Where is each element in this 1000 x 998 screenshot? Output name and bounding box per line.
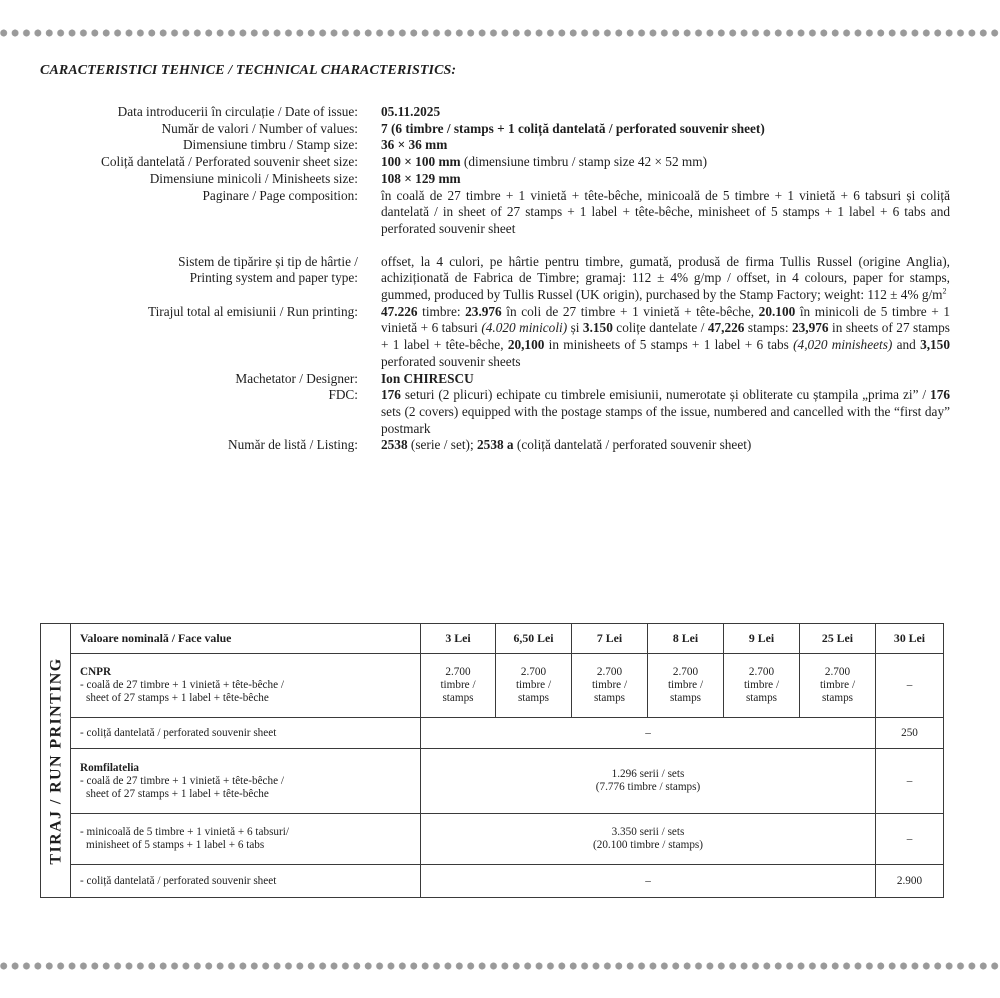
spec-minisheet-size: Dimensiune minicoli / Minisheets size: 1… (0, 171, 1000, 188)
merged-quantity-cell: – (421, 865, 876, 898)
spec-value: Ion CHIRESCU (381, 371, 950, 388)
row-description: - minicoală de 5 timbre + 1 vinietă + 6 … (71, 814, 421, 865)
table-row: - coliță dantelată / perforated souvenir… (41, 865, 944, 898)
quantity-cell: – (876, 749, 944, 814)
spec-label: Data introducerii în circulație / Date o… (0, 104, 358, 121)
quantity-cell: 2.700timbre /stamps (724, 654, 800, 718)
table-header-row: TIRAJ / RUN PRINTING Valoare nominală / … (41, 624, 944, 654)
merged-quantity-cell: 3.350 serii / sets (20.100 timbre / stam… (421, 814, 876, 865)
dotted-divider-top (0, 29, 1000, 37)
run-printing-table: TIRAJ / RUN PRINTING Valoare nominală / … (40, 623, 944, 898)
spec-listing: Număr de listă / Listing: 2538 (serie / … (0, 437, 1000, 454)
technical-specs: Data introducerii în circulație / Date o… (0, 104, 1000, 454)
spec-label: Dimensiune timbru / Stamp size: (0, 137, 358, 154)
spec-designer: Machetator / Designer: Ion CHIRESCU (0, 371, 1000, 388)
quantity-cell: 2.700timbre /stamps (496, 654, 572, 718)
spec-value: 176 seturi (2 plicuri) echipate cu timbr… (381, 387, 950, 437)
spec-value: 2538 (serie / set); 2538 a (coliță dante… (381, 437, 950, 454)
quantity-cell: 2.700timbre /stamps (648, 654, 724, 718)
row-description: Romfilatelia - coală de 27 timbre + 1 vi… (71, 749, 421, 814)
spec-number-of-values: Număr de valori / Number of values: 7 (6… (0, 121, 1000, 138)
header-value: 25 Lei (800, 624, 876, 654)
spec-label: Număr de listă / Listing: (0, 437, 358, 454)
spec-label: Coliță dantelată / Perforated souvenir s… (0, 154, 358, 171)
quantity-cell: – (876, 814, 944, 865)
side-label: TIRAJ / RUN PRINTING (49, 657, 62, 864)
table-row: - minicoală de 5 timbre + 1 vinietă + 6 … (41, 814, 944, 865)
dotted-divider-bottom (0, 962, 1000, 970)
spec-souvenir-sheet-size: Coliță dantelată / Perforated souvenir s… (0, 154, 1000, 171)
spec-value: 36 × 36 mm (381, 137, 950, 154)
side-label-cell: TIRAJ / RUN PRINTING (41, 624, 71, 898)
spec-label: Dimensiune minicoli / Minisheets size: (0, 171, 358, 188)
spec-value: 108 × 129 mm (381, 171, 950, 188)
header-value: 6,50 Lei (496, 624, 572, 654)
spec-run-printing: Tirajul total al emisiunii / Run printin… (0, 304, 1000, 371)
spec-date-of-issue: Data introducerii în circulație / Date o… (0, 104, 1000, 121)
row-description: - coliță dantelată / perforated souvenir… (71, 865, 421, 898)
spec-stamp-size: Dimensiune timbru / Stamp size: 36 × 36 … (0, 137, 1000, 154)
quantity-cell: 250 (876, 718, 944, 749)
spec-value: offset, la 4 culori, pe hârtie pentru ti… (381, 254, 950, 304)
quantity-cell: 2.700timbre /stamps (572, 654, 648, 718)
spec-value: 05.11.2025 (381, 104, 950, 121)
table-row: Romfilatelia - coală de 27 timbre + 1 vi… (41, 749, 944, 814)
quantity-cell: 2.700timbre /stamps (800, 654, 876, 718)
table-row: - coliță dantelată / perforated souvenir… (41, 718, 944, 749)
header-face-value: Valoare nominală / Face value (71, 624, 421, 654)
header-value: 7 Lei (572, 624, 648, 654)
spec-page-composition: Paginare / Page composition: în coală de… (0, 188, 1000, 238)
table-row: CNPR - coală de 27 timbre + 1 vinietă + … (41, 654, 944, 718)
spec-label: Paginare / Page composition: (0, 188, 358, 238)
spec-label: Sistem de tipărire și tip de hârtie /Pri… (0, 254, 358, 304)
header-value: 30 Lei (876, 624, 944, 654)
spec-value: 100 × 100 mm (dimensiune timbru / stamp … (381, 154, 950, 171)
merged-quantity-cell: 1.296 serii / sets (7.776 timbre / stamp… (421, 749, 876, 814)
spec-value: 47.226 timbre: 23.976 în coli de 27 timb… (381, 304, 950, 371)
quantity-cell: – (876, 654, 944, 718)
header-value: 9 Lei (724, 624, 800, 654)
header-value: 8 Lei (648, 624, 724, 654)
spec-label: Tirajul total al emisiunii / Run printin… (0, 304, 358, 371)
merged-quantity-cell: – (421, 718, 876, 749)
spec-label: Număr de valori / Number of values: (0, 121, 358, 138)
section-title: CARACTERISTICI TEHNICE / TECHNICAL CHARA… (40, 63, 456, 79)
row-description: CNPR - coală de 27 timbre + 1 vinietă + … (71, 654, 421, 718)
header-value: 3 Lei (421, 624, 496, 654)
row-description: - coliță dantelată / perforated souvenir… (71, 718, 421, 749)
spec-fdc: FDC: 176 seturi (2 plicuri) echipate cu … (0, 387, 1000, 437)
spec-label: FDC: (0, 387, 358, 437)
quantity-cell: 2.900 (876, 865, 944, 898)
spec-value: 7 (6 timbre / stamps + 1 coliță dantelat… (381, 121, 950, 138)
spec-label: Machetator / Designer: (0, 371, 358, 388)
spec-printing-system: Sistem de tipărire și tip de hârtie /Pri… (0, 254, 1000, 304)
spec-value: în coală de 27 timbre + 1 vinietă + tête… (381, 188, 950, 238)
quantity-cell: 2.700timbre /stamps (421, 654, 496, 718)
